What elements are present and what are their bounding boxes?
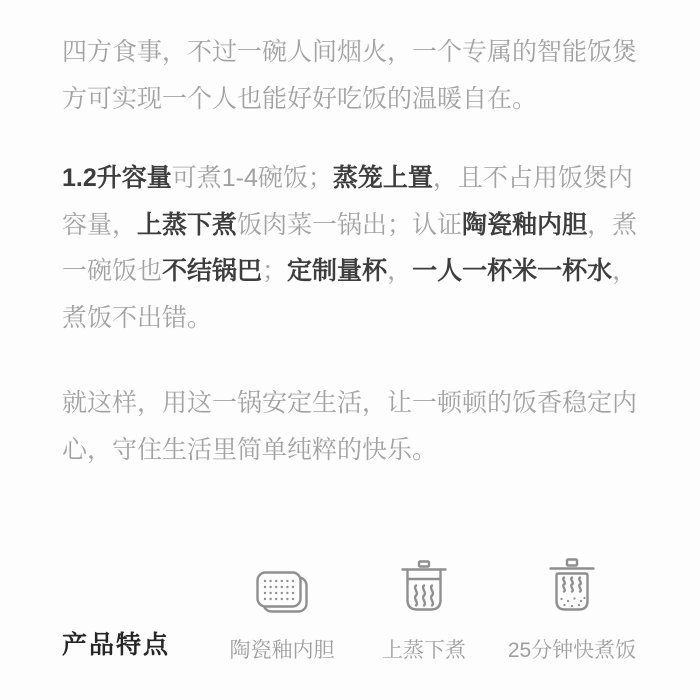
text-run: ，且不占用饭煲内 bbox=[433, 164, 633, 192]
quick-rice-pot-icon bbox=[547, 558, 597, 614]
text-line: 1.2升容量可煮1-4碗饭；蒸笼上置，且不占用饭煲内 bbox=[62, 155, 642, 202]
text-run: 煮饭不出错。 bbox=[62, 304, 212, 332]
text-line: 方可实现一个人也能好好吃饭的温暖自在。 bbox=[62, 76, 642, 123]
text-run: 上蒸下煮 bbox=[137, 211, 237, 239]
text-run: ， bbox=[387, 257, 412, 285]
text-line: 容量，上蒸下煮饭肉菜一锅出；认证陶瓷釉内胆，煮 bbox=[62, 202, 642, 249]
intro-paragraph: 四方食事，不过一碗人间烟火，一个专属的智能饭煲 方可实现一个人也能好好吃饭的温暖… bbox=[62, 29, 642, 122]
ceramic-liner-icon bbox=[255, 570, 309, 614]
text-run: 一碗饭也 bbox=[62, 257, 162, 285]
text-run: ，煮 bbox=[587, 211, 637, 239]
text-run: 定制量杯 bbox=[287, 257, 387, 285]
steam-pot-icon bbox=[400, 560, 448, 614]
feature-item-ceramic-liner: 陶瓷釉内胆 bbox=[224, 570, 340, 662]
feature-item-steam-cook: 上蒸下煮 bbox=[372, 560, 476, 662]
feature-label: 陶瓷釉内胆 bbox=[230, 640, 335, 662]
product-features-section: 产品特点 陶瓷釉内胆 bbox=[62, 558, 642, 662]
closing-paragraph: 就这样，用这一锅安定生活，让一顿顿的饭香稳定内 心，守住生活里简单纯粹的快乐。 bbox=[62, 380, 642, 473]
text-line: 心，守住生活里简单纯粹的快乐。 bbox=[62, 427, 642, 474]
text-run: 不结锅巴 bbox=[162, 257, 262, 285]
text-run: ； bbox=[262, 257, 287, 285]
text-run: 饭肉菜一锅出；认证 bbox=[237, 211, 462, 239]
text-run: 一人一杯米一杯水 bbox=[412, 257, 612, 285]
text-line: 一碗饭也不结锅巴；定制量杯，一人一杯米一杯水， bbox=[62, 248, 642, 295]
features-title: 产品特点 bbox=[62, 630, 170, 660]
text-run: 可煮1-4碗饭； bbox=[172, 164, 333, 192]
product-description: 四方食事，不过一碗人间烟火，一个专属的智能饭煲 方可实现一个人也能好好吃饭的温暖… bbox=[0, 0, 700, 662]
feature-item-quick-cook: 25分钟快煮饭 bbox=[502, 558, 642, 662]
text-run: 陶瓷釉内胆 bbox=[462, 211, 587, 239]
text-run: 1.2升容量 bbox=[62, 164, 172, 192]
text-run: ， bbox=[612, 257, 637, 285]
text-line: 四方食事，不过一碗人间烟火，一个专属的智能饭煲 bbox=[62, 29, 642, 76]
text-run: 容量， bbox=[62, 211, 137, 239]
feature-label: 25分钟快煮饭 bbox=[508, 640, 636, 662]
selling-points-paragraph: 1.2升容量可煮1-4碗饭；蒸笼上置，且不占用饭煲内 容量，上蒸下煮饭肉菜一锅出… bbox=[62, 155, 642, 341]
text-line: 煮饭不出错。 bbox=[62, 295, 642, 342]
text-run: 蒸笼上置 bbox=[333, 164, 433, 192]
text-line: 就这样，用这一锅安定生活，让一顿顿的饭香稳定内 bbox=[62, 380, 642, 427]
feature-label: 上蒸下煮 bbox=[382, 640, 466, 662]
